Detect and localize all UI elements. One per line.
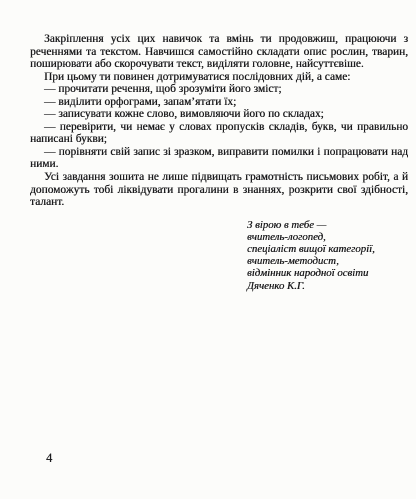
- list-item-compare-sample: — порівняти свій запис зі зразком, випра…: [30, 146, 408, 171]
- instructions-lead-paragraph: При цьому ти повинен дотримуватися послі…: [30, 71, 408, 84]
- signature-line-title-1: вчитель-логопед,: [247, 231, 408, 243]
- signature-block: З вірою в тебе — вчитель-логопед, спеціа…: [247, 219, 408, 292]
- list-item-check-omissions: — перевірити, чи немає у словах пропускі…: [30, 121, 408, 146]
- list-item-write-words: — записувати кожне слово, вимовляючи йог…: [30, 108, 408, 121]
- signature-line-title-2: спеціаліст вищої категорії,: [247, 243, 408, 255]
- signature-line-title-4: відмінник народної освіти: [247, 267, 408, 279]
- signature-author-name: Дяченко К.Г.: [247, 280, 408, 292]
- closing-paragraph: Усі завдання зошита не лише підвищать гр…: [30, 171, 408, 209]
- page-number: 4: [46, 451, 52, 466]
- body-text: Закріплення усіх цих навичок та вмінь ти…: [30, 33, 408, 209]
- signature-line-title-3: вчитель-методист,: [247, 255, 408, 267]
- list-item-read-sentence: — прочитати речення, щоб зрозуміти його …: [30, 83, 408, 96]
- intro-paragraph: Закріплення усіх цих навичок та вмінь ти…: [30, 33, 408, 71]
- book-page: Закріплення усіх цих навичок та вмінь ти…: [0, 0, 416, 499]
- list-item-highlight-orthograms: — виділити орфограми, запам’ятати їх;: [30, 96, 408, 109]
- signature-line-dedication: З вірою в тебе —: [247, 219, 408, 231]
